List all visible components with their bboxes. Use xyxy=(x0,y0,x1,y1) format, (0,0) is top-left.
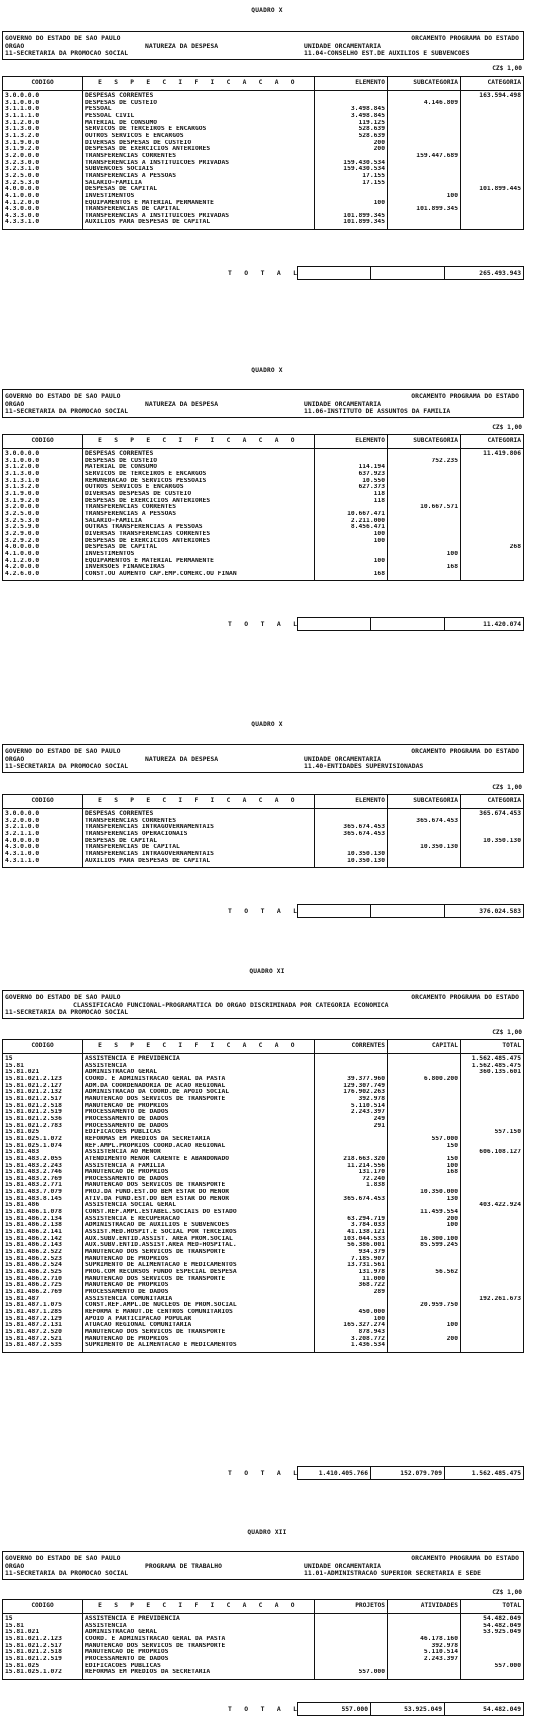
col4-header: SUBCATEGORIA xyxy=(388,77,461,91)
table-row: 15ASSISTENCIA E PREVIDENCIA1.562.485.475 xyxy=(3,1054,524,1063)
especificacao-cell: ADMINISTRACAO GERAL xyxy=(83,1629,315,1636)
value-cell: 159.447.689 xyxy=(388,153,461,160)
especificacao-header: E S P E C I F I C A C A O xyxy=(83,1040,315,1054)
value-cell xyxy=(461,153,524,160)
table-row: 15.81.021ADMINISTRACAO GERAL53.925.049 xyxy=(3,1629,524,1636)
codigo-header: CODIGO xyxy=(3,1600,83,1614)
table-row: 15.81.483ASSISTENCIA AO MENOR606.108.127 xyxy=(3,1149,524,1156)
total-row: T O T A L557.00053.925.04954.482.049 xyxy=(0,1702,534,1716)
table-row: 15.81.021.2.519PROCESSAMENTO DE DADOS2.2… xyxy=(3,1109,524,1116)
value-cell xyxy=(315,809,388,818)
table-row: 15.81.483.2.243ASSISTENCIA A FAMILIA11.2… xyxy=(3,1163,524,1170)
value-cell: 100 xyxy=(315,538,388,545)
value-cell xyxy=(388,146,461,153)
value-cell xyxy=(461,200,524,207)
value-cell xyxy=(388,1176,461,1183)
value-cell xyxy=(388,186,461,193)
value-cell: 54.482.049 xyxy=(461,1614,524,1623)
table-row: 3.1.9.2.0DESPESAS DE EXERCICIOS ANTERIOR… xyxy=(3,146,524,153)
total-col4 xyxy=(370,617,445,631)
table-row: 15.81.487.2.131ATUACAO REGIONAL COMUNITA… xyxy=(3,1322,524,1329)
codigo-cell: 15.81.487 xyxy=(3,1296,83,1303)
total-col5: 376.024.583 xyxy=(444,904,524,918)
value-cell: 168 xyxy=(315,571,388,581)
especificacao-cell: CONST.OU AUMENTO CAP.EMP.COMERC.OU FINAN xyxy=(83,571,315,581)
especificacao-cell: EDIFICACOES PUBLICAS xyxy=(83,1663,315,1670)
especificacao-cell: ATUACAO REGIONAL COMUNITARIA xyxy=(83,1322,315,1329)
table-row: 15.81ASSISTENCIA54.482.049 xyxy=(3,1623,524,1630)
especificacao-cell: TRANSFERENCIAS A INSTITUICOES PRIVADAS xyxy=(83,213,315,220)
table-row: 15.81.487.2.520MANUTENCAO DOS SERVICOS D… xyxy=(3,1329,524,1336)
value-cell xyxy=(315,544,388,551)
value-cell: 131.978 xyxy=(315,1269,388,1276)
currency-label: CZ$ 1,00 xyxy=(492,425,522,431)
table-row: 15.81.486.2.525PROG.COM RECURSOS FUNDO E… xyxy=(3,1269,524,1276)
codigo-cell: 15.81.486.2.525 xyxy=(3,1269,83,1276)
value-cell: 10.350.130 xyxy=(461,838,524,845)
especificacao-cell: OUTRAS TRANSFERENCIAS A PESSOAS xyxy=(83,524,315,531)
value-cell xyxy=(461,120,524,127)
value-cell xyxy=(461,1222,524,1229)
table-row: 3.2.5.9.0OUTRAS TRANSFERENCIAS A PESSOAS… xyxy=(3,524,524,531)
value-cell xyxy=(461,831,524,838)
value-cell xyxy=(388,544,461,551)
especificacao-cell: TRANSFERENCIAS INTRAGOVERNAMENTAIS xyxy=(83,824,315,831)
value-cell xyxy=(461,531,524,538)
codigo-cell: 15.81.487.2.131 xyxy=(3,1322,83,1329)
especificacao-cell: DESPESAS DE CAPITAL xyxy=(83,544,315,551)
especificacao-cell: SERVICOS DE TERCEIROS E ENCARGOS xyxy=(83,126,315,133)
value-cell xyxy=(461,1643,524,1650)
budget-table: CODIGOE S P E C I F I C A C A OELEMENTOS… xyxy=(2,434,524,581)
value-cell xyxy=(388,498,461,505)
orgao-label: ORGAO xyxy=(5,1563,24,1569)
value-cell xyxy=(461,1176,524,1183)
value-cell xyxy=(388,1276,461,1283)
value-cell: 1.436.534 xyxy=(315,1342,388,1352)
table-row: 15ASSISTENCIA E PREVIDENCIA54.482.049 xyxy=(3,1614,524,1623)
value-cell xyxy=(461,858,524,868)
especificacao-cell: TRANSFERENCIAS CORRENTES xyxy=(83,153,315,160)
government-label: GOVERNO DO ESTADO DE SAO PAULO xyxy=(5,393,120,399)
value-cell: 557.150 xyxy=(461,1129,524,1136)
value-cell xyxy=(388,180,461,187)
codigo-cell: 15 xyxy=(3,1614,83,1623)
codigo-cell: 15.81.025.1.074 xyxy=(3,1143,83,1150)
especificacao-cell: DIVERSAS TRANSFERENCIAS CORRENTES xyxy=(83,531,315,538)
table-row: 3.2.9.2.0DESPESAS DE EXERCICIOS ANTERIOR… xyxy=(3,538,524,545)
value-cell: 10.667.571 xyxy=(388,504,461,511)
codigo-cell: 4.3.0.0.0 xyxy=(3,844,83,851)
table-row: 15.81.483.2.055ATENDIMENTO MENOR CARENTE… xyxy=(3,1156,524,1163)
codigo-cell: 3.2.5.3.0 xyxy=(3,180,83,187)
value-cell xyxy=(388,524,461,531)
codigo-cell: 15.81.021.2.519 xyxy=(3,1109,83,1116)
value-cell: 100 xyxy=(315,1316,388,1323)
total-label: T O T A L xyxy=(228,270,301,276)
budget-table: CODIGOE S P E C I F I C A C A OELEMENTOS… xyxy=(2,76,524,230)
table-row: 15.81.021.2.518MANUTENCAO DE PROPRIOS5.1… xyxy=(3,1649,524,1656)
especificacao-cell: TRANSFERENCIAS A PESSOAS xyxy=(83,511,315,518)
codigo-cell: 15.81.486.2.524 xyxy=(3,1262,83,1269)
col5-header: CATEGORIA xyxy=(461,77,524,91)
total-label: T O T A L xyxy=(228,908,301,914)
value-cell: 10.350.130 xyxy=(388,844,461,851)
quadro-title: QUADRO XII xyxy=(0,1530,534,1540)
codigo-cell: 3.1.1.0.0 xyxy=(3,106,83,113)
table-row: 15.81.486.2.725MANUTENCAO DE PROPRIOS368… xyxy=(3,1282,524,1289)
value-cell: 3.784.033 xyxy=(315,1222,388,1229)
especificacao-cell: PROCESSAMENTO DE DADOS xyxy=(83,1123,315,1130)
budget-table: CODIGOE S P E C I F I C A C A OELEMENTOS… xyxy=(2,794,524,868)
codigo-cell: 3.2.9.2.0 xyxy=(3,538,83,545)
table-row: 4.2.0.0.0INVERSOES FINANCEIRAS168 xyxy=(3,564,524,571)
value-cell xyxy=(388,1256,461,1263)
codigo-cell: 15.81 xyxy=(3,1623,83,1630)
table-row: 15.81.021.2.127ADM.DA COORDENADORIA DE A… xyxy=(3,1083,524,1090)
header-box: GOVERNO DO ESTADO DE SAO PAULOORCAMENTO … xyxy=(2,389,524,418)
value-cell: 3.498.845 xyxy=(315,106,388,113)
codigo-cell: 3.0.0.0.0 xyxy=(3,809,83,818)
value-cell xyxy=(388,491,461,498)
codigo-cell: 4.1.2.0.0 xyxy=(3,200,83,207)
currency-label: CZ$ 1,00 xyxy=(492,1030,522,1036)
codigo-cell: 15.81.021.2.518 xyxy=(3,1103,83,1110)
value-cell: 100 xyxy=(388,1163,461,1170)
value-cell xyxy=(461,1302,524,1309)
table-row: 3.1.0.0.0DESPESAS DE CUSTEIO752.235 xyxy=(3,458,524,465)
value-cell xyxy=(388,173,461,180)
value-cell xyxy=(388,1296,461,1303)
value-cell xyxy=(388,478,461,485)
currency-label: CZ$ 1,00 xyxy=(492,785,522,791)
value-cell xyxy=(315,1063,388,1070)
value-cell xyxy=(461,140,524,147)
value-cell xyxy=(315,458,388,465)
value-cell xyxy=(461,1169,524,1176)
value-cell xyxy=(315,1209,388,1216)
total-row: T O T A L1.410.405.766152.079.7091.562.4… xyxy=(0,1466,534,1480)
table-row: 4.0.0.0.0DESPESAS DE CAPITAL10.350.130 xyxy=(3,838,524,845)
unidade-label: UNIDADE ORCAMENTARIA xyxy=(304,1563,381,1569)
table-row: 15.81.486ASSISTENCIA SOCIAL GERAL403.422… xyxy=(3,1202,524,1209)
value-cell: 5.110.514 xyxy=(388,1649,461,1656)
table-row: 4.3.3.1.0AUXILIOS PARA DESPESAS DE CAPIT… xyxy=(3,219,524,229)
especificacao-cell: INVESTIMENTOS xyxy=(83,551,315,558)
value-cell: 1.838 xyxy=(315,1182,388,1189)
especificacao-cell: SALARIO-FAMILIA xyxy=(83,518,315,525)
value-cell: 101.899.445 xyxy=(461,186,524,193)
total-label: T O T A L xyxy=(228,1706,301,1712)
value-cell xyxy=(388,1663,461,1670)
especificacao-cell: MANUTENCAO DE PROPRIOS xyxy=(83,1649,315,1656)
total-col3 xyxy=(297,617,371,631)
codigo-header: CODIGO xyxy=(3,435,83,449)
especificacao-cell: ASSISTENCIA SOCIAL GERAL xyxy=(83,1202,315,1209)
value-cell: 118 xyxy=(315,491,388,498)
especificacao-cell: ASSISTENCIA COMUNITARIA xyxy=(83,1296,315,1303)
value-cell xyxy=(461,1156,524,1163)
especificacao-cell: CONST.REF.AMPL.DE NUCLEOS DE PROM.SOCIAL xyxy=(83,1302,315,1309)
especificacao-cell: MANUTENCAO DE PROPRIOS xyxy=(83,1103,315,1110)
header-box: GOVERNO DO ESTADO DE SAO PAULOORCAMENTO … xyxy=(2,31,524,60)
value-cell xyxy=(461,213,524,220)
value-cell: 200 xyxy=(315,146,388,153)
total-row: T O T A L11.420.074 xyxy=(0,617,534,631)
value-cell xyxy=(388,1096,461,1103)
value-cell: 8.456.471 xyxy=(315,524,388,531)
especificacao-cell: DESPESAS DE CAPITAL xyxy=(83,186,315,193)
value-cell: 200 xyxy=(315,140,388,147)
value-cell: 168 xyxy=(388,564,461,571)
codigo-cell: 3.2.5.9.0 xyxy=(3,524,83,531)
value-cell xyxy=(315,1129,388,1136)
value-cell xyxy=(461,1336,524,1343)
codigo-cell: 3.1.3.2.0 xyxy=(3,133,83,140)
table-row: 4.3.1.1.0AUXILIOS PARA DESPESAS DE CAPIT… xyxy=(3,858,524,868)
budget-title: ORCAMENTO PROGRAMA DO ESTADO xyxy=(411,1555,519,1561)
col5-header: TOTAL xyxy=(461,1040,524,1054)
table-row: 3.2.9.0.0DIVERSAS TRANSFERENCIAS CORRENT… xyxy=(3,531,524,538)
col4-header: CAPITAL xyxy=(388,1040,461,1054)
table-row: 15.81.025.1.074REF.AMPL.PROPRIOS COORD.A… xyxy=(3,1143,524,1150)
government-label: GOVERNO DO ESTADO DE SAO PAULO xyxy=(5,1555,120,1561)
table-row: 4.3.1.0.0TRANSFERENCIAS INTRAGOVERNAMENT… xyxy=(3,851,524,858)
value-cell xyxy=(315,1189,388,1196)
value-cell xyxy=(388,824,461,831)
codigo-cell: 15.81.025.1.072 xyxy=(3,1669,83,1679)
value-cell xyxy=(461,1182,524,1189)
value-cell xyxy=(388,1129,461,1136)
table-row: 4.3.0.0.0TRANSFERENCIAS DE CAPITAL101.89… xyxy=(3,206,524,213)
currency-label: CZ$ 1,00 xyxy=(492,1590,522,1596)
quadro-title: QUADRO X xyxy=(0,8,534,18)
orgao-value: 11-SECRETARIA DA PROMOCAO SOCIAL xyxy=(5,763,128,769)
especificacao-cell: PESSOAL xyxy=(83,106,315,113)
value-cell xyxy=(461,478,524,485)
codigo-cell: 15.81.486.2.142 xyxy=(3,1236,83,1243)
codigo-cell: 15.81.486.2.134 xyxy=(3,1216,83,1223)
value-cell: 85.599.245 xyxy=(388,1242,461,1249)
value-cell xyxy=(388,858,461,868)
value-cell xyxy=(461,1249,524,1256)
value-cell xyxy=(388,1669,461,1679)
table-row: 3.1.9.2.0DESPESAS DE EXERCICIOS ANTERIOR… xyxy=(3,498,524,505)
value-cell xyxy=(388,851,461,858)
table-row: 3.0.0.0.0DESPESAS CORRENTES163.594.498 xyxy=(3,91,524,100)
value-cell: 1.562.485.475 xyxy=(461,1063,524,1070)
value-cell xyxy=(388,1623,461,1630)
value-cell: 131.170 xyxy=(315,1169,388,1176)
codigo-cell: 4.3.1.0.0 xyxy=(3,851,83,858)
especificacao-header: E S P E C I F I C A C A O xyxy=(83,435,315,449)
col3-header: ELEMENTO xyxy=(315,77,388,91)
especificacao-cell: MANUTENCAO DE PROPRIOS xyxy=(83,1282,315,1289)
total-col5: 54.482.049 xyxy=(444,1702,524,1716)
value-cell xyxy=(461,551,524,558)
value-cell: 3.208.772 xyxy=(315,1336,388,1343)
codigo-cell: 15 xyxy=(3,1054,83,1063)
codigo-cell: 4.1.0.0.0 xyxy=(3,551,83,558)
value-cell xyxy=(461,1322,524,1329)
codigo-cell: 4.0.0.0.0 xyxy=(3,186,83,193)
value-cell xyxy=(461,1329,524,1336)
table-row: 15.81.487.2.129APOIO A PARTICIPACAO POPU… xyxy=(3,1316,524,1323)
value-cell xyxy=(388,484,461,491)
value-cell: 7.185.907 xyxy=(315,1256,388,1263)
table-row: 3.1.3.2.0OUTROS SERVICOS E ENCARGOS528.6… xyxy=(3,133,524,140)
table-row: 15.81.025.1.072REFORMAS EM PREDIOS DA SE… xyxy=(3,1136,524,1143)
value-cell: 365.674.453 xyxy=(315,831,388,838)
value-cell xyxy=(388,1123,461,1130)
budget-table: CODIGOE S P E C I F I C A C A OCORRENTES… xyxy=(2,1039,524,1353)
especificacao-cell: REMUNERACAO DE SERVICOS PESSOAIS xyxy=(83,478,315,485)
value-cell xyxy=(388,160,461,167)
especificacao-cell: DIVERSAS DESPESAS DE CUSTEIO xyxy=(83,491,315,498)
table-row: 15.81.021ADMINISTRACAO GERAL360.135.601 xyxy=(3,1069,524,1076)
codigo-cell: 3.1.3.1.0 xyxy=(3,478,83,485)
header-box: GOVERNO DO ESTADO DE SAO PAULOORCAMENTO … xyxy=(2,744,524,773)
codigo-cell: 4.3.1.1.0 xyxy=(3,858,83,868)
codigo-cell: 3.1.9.0.0 xyxy=(3,491,83,498)
value-cell xyxy=(315,1663,388,1670)
value-cell xyxy=(388,1282,461,1289)
unidade-value: 11.40-ENTIDADES SUPERVISIONADAS xyxy=(304,763,423,769)
unidade-value: 11.06-INSTITUTO DE ASSUNTOS DA FAMILIA xyxy=(304,408,450,414)
value-cell: 56.562 xyxy=(388,1269,461,1276)
value-cell xyxy=(315,100,388,107)
budget-title: ORCAMENTO PROGRAMA DO ESTADO xyxy=(411,35,519,41)
total-col5: 265.493.943 xyxy=(444,266,524,280)
currency-label: CZ$ 1,00 xyxy=(492,66,522,72)
value-cell: 72.240 xyxy=(315,1176,388,1183)
table-row: 15.81.486.2.523MANUTENCAO DE PROPRIOS7.1… xyxy=(3,1256,524,1263)
codigo-cell: 3.1.0.0.0 xyxy=(3,100,83,107)
value-cell: 100 xyxy=(315,531,388,538)
budget-table: CODIGOE S P E C I F I C A C A OPROJETOSA… xyxy=(2,1599,524,1680)
table-row: 3.1.1.0.0PESSOAL3.498.845 xyxy=(3,106,524,113)
table-row: 15.81ASSISTENCIA1.562.485.475 xyxy=(3,1063,524,1070)
value-cell xyxy=(461,1096,524,1103)
value-cell xyxy=(315,186,388,193)
value-cell xyxy=(461,1116,524,1123)
value-cell: 150 xyxy=(388,1156,461,1163)
quadro-title: QUADRO XI xyxy=(0,969,534,979)
especificacao-cell: ASSISTENCIA xyxy=(83,1623,315,1630)
table-row: 3.2.0.0.0TRANSFERENCIAS CORRENTES365.674… xyxy=(3,818,524,825)
especificacao-cell: SUPRIMENTO DE ALIMENTACAO E MEDICAMENTOS xyxy=(83,1342,315,1352)
value-cell xyxy=(388,120,461,127)
value-cell: 2.211.000 xyxy=(315,518,388,525)
table-row: 3.1.9.0.0DIVERSAS DESPESAS DE CUSTEIO200 xyxy=(3,140,524,147)
table-row: 15.81.021.2.123COORD. E ADMINISTRACAO GE… xyxy=(3,1076,524,1083)
especificacao-cell: AUX.SUBV.ENTID.ASSIST. AREA PROM.SOCIAL xyxy=(83,1236,315,1243)
value-cell: 291 xyxy=(315,1123,388,1130)
codigo-cell: 15.81.021.2.517 xyxy=(3,1096,83,1103)
orgao-value: 11-SECRETARIA DA PROMOCAO SOCIAL xyxy=(5,1570,128,1576)
value-cell xyxy=(461,100,524,107)
codigo-cell: 4.3.0.0.0 xyxy=(3,206,83,213)
especificacao-cell: EQUIPAMENTOS E MATERIAL PERMANENTE xyxy=(83,200,315,207)
value-cell: 200 xyxy=(388,1336,461,1343)
table-row: 15.81.487ASSISTENCIA COMUNITARIA192.261.… xyxy=(3,1296,524,1303)
value-cell: 10.667.471 xyxy=(315,511,388,518)
especificacao-cell: DESPESAS DE CUSTEIO xyxy=(83,458,315,465)
table-row: 15.81.487.2.535SUPRIMENTO DE ALIMENTACAO… xyxy=(3,1342,524,1352)
value-cell: 101.899.345 xyxy=(315,219,388,229)
table-row: 4.1.2.0.0EQUIPAMENTOS E MATERIAL PERMANE… xyxy=(3,558,524,565)
unidade-label: UNIDADE ORCAMENTARIA xyxy=(304,756,381,762)
especificacao-cell: REFORMA E MANUT.DE CENTROS COMUNITARIOS xyxy=(83,1309,315,1316)
table-row: 3.1.3.1.0REMUNERACAO DE SERVICOS PESSOAI… xyxy=(3,478,524,485)
value-cell: 11.459.554 xyxy=(388,1209,461,1216)
table-row: 15.81.021.2.783PROCESSAMENTO DE DADOS291 xyxy=(3,1123,524,1130)
value-cell xyxy=(388,126,461,133)
value-cell xyxy=(388,113,461,120)
value-cell: 56.386.001 xyxy=(315,1242,388,1249)
especificacao-header: E S P E C I F I C A C A O xyxy=(83,77,315,91)
table-row: 15.81.025EDIFICACOES PUBLICAS557.000 xyxy=(3,1663,524,1670)
value-cell: 11.214.556 xyxy=(315,1163,388,1170)
value-cell xyxy=(461,1316,524,1323)
value-cell xyxy=(388,838,461,845)
value-cell xyxy=(461,1289,524,1296)
codigo-cell: 3.1.9.0.0 xyxy=(3,140,83,147)
especificacao-cell: MATERIAL DE CONSUMO xyxy=(83,120,315,127)
table-row: 3.2.1.0.0TRANSFERENCIAS INTRAGOVERNAMENT… xyxy=(3,824,524,831)
especificacao-cell: SERVICOS DE TERCEIROS E ENCARGOS xyxy=(83,471,315,478)
value-cell xyxy=(388,1182,461,1189)
especificacao-cell: INVERSOES FINANCEIRAS xyxy=(83,564,315,571)
value-cell xyxy=(461,1236,524,1243)
codigo-cell: 3.2.1.0.0 xyxy=(3,824,83,831)
especificacao-cell: ADM.DA COORDENADORIA DE ACAO REGIONAL xyxy=(83,1083,315,1090)
value-cell xyxy=(461,851,524,858)
codigo-cell: 15.81.025.1.072 xyxy=(3,1136,83,1143)
codigo-cell: 15.81.486 xyxy=(3,1202,83,1209)
budget-title: ORCAMENTO PROGRAMA DO ESTADO xyxy=(411,994,519,1000)
value-cell xyxy=(388,1116,461,1123)
codigo-cell: 15.81.021.2.132 xyxy=(3,1089,83,1096)
codigo-cell: 15.81.021 xyxy=(3,1069,83,1076)
especificacao-cell: OUTROS SERVICOS E ENCARGOS xyxy=(83,484,315,491)
orgao-value: 11-SECRETARIA DA PROMOCAO SOCIAL xyxy=(5,50,128,56)
value-cell xyxy=(461,1189,524,1196)
table-row: 15.81.021.2.517MANUTENCAO DOS SERVICOS D… xyxy=(3,1096,524,1103)
value-cell: 17.155 xyxy=(315,173,388,180)
especificacao-cell: REFORMAS EM PREDIOS DA SECRETARIA xyxy=(83,1136,315,1143)
value-cell xyxy=(315,206,388,213)
value-cell xyxy=(461,1109,524,1116)
table-row: 15.81.483.2.769PROCESSAMENTO DE DADOS72.… xyxy=(3,1176,524,1183)
total-row: T O T A L265.493.943 xyxy=(0,266,534,280)
value-cell xyxy=(388,809,461,818)
codigo-cell: 3.2.0.0.0 xyxy=(3,153,83,160)
col4-header: SUBCATEGORIA xyxy=(388,795,461,809)
especificacao-cell: ASSISTENCIA AO MENOR xyxy=(83,1149,315,1156)
table-row: 15.81.025.1.072REFORMAS EM PREDIOS DA SE… xyxy=(3,1669,524,1679)
value-cell xyxy=(461,558,524,565)
value-cell xyxy=(461,1163,524,1170)
value-cell: 10.550 xyxy=(315,478,388,485)
value-cell xyxy=(388,133,461,140)
table-row: 15.81.486.2.138ADMINISTRACAO DE AUXILIOS… xyxy=(3,1222,524,1229)
value-cell xyxy=(461,173,524,180)
table-row: 15.81.487.1.285REFORMA E MANUT.DE CENTRO… xyxy=(3,1309,524,1316)
value-cell xyxy=(461,1229,524,1236)
total-col3 xyxy=(297,904,371,918)
value-cell: 11.000 xyxy=(315,1276,388,1283)
